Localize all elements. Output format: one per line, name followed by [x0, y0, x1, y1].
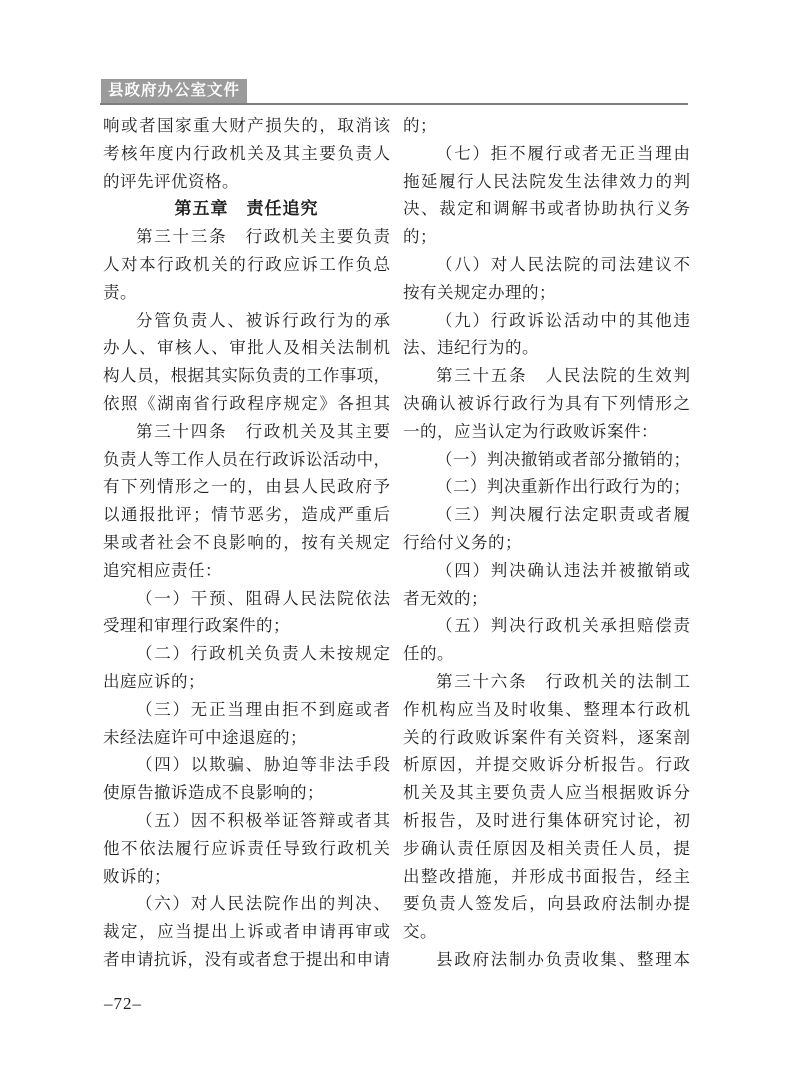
- text-line: 一的，应当认定为行政败诉案件：: [403, 418, 690, 446]
- text-line: 响或者国家重大财产损失的，取消该: [103, 112, 390, 140]
- text-line: 办人、审核人、审批人及相关法制机: [103, 334, 390, 362]
- text-line: （七）拒不履行或者无正当理由: [403, 140, 690, 168]
- text-line: 决、裁定和调解书或者协助执行义务: [403, 195, 690, 223]
- text-line: 未经法庭许可中途退庭的；: [103, 724, 390, 752]
- text-line: 关的行政败诉案件有关资料，逐案剖: [403, 724, 690, 752]
- text-line: 第三十三条 行政机关主要负责: [103, 223, 390, 251]
- chapter-heading: 第五章 责任追究: [103, 195, 390, 223]
- text-line: 任的。: [403, 640, 690, 668]
- text-line: 裁定，应当提出上诉或者申请再审或: [103, 918, 390, 946]
- text-line: 决确认被诉行政行为具有下列情形之: [403, 390, 690, 418]
- text-line: 者申请抗诉，没有或者怠于提出和申请: [103, 946, 390, 974]
- text-line: 析原因，并提交败诉分析报告。行政: [403, 751, 690, 779]
- text-line: 出庭应诉的；: [103, 668, 390, 696]
- header-badge: 县政府办公室文件: [101, 79, 247, 103]
- text-line: 行给付义务的；: [403, 529, 690, 557]
- text-line: 考核年度内行政机关及其主要负责人: [103, 140, 390, 168]
- text-line: （二）行政机关负责人未按规定: [103, 640, 390, 668]
- text-line: 责。: [103, 279, 390, 307]
- text-line: 负责人等工作人员在行政诉讼活动中，: [103, 446, 390, 474]
- text-line: 他不依法履行应诉责任导致行政机关: [103, 835, 390, 863]
- text-line: 按有关规定办理的；: [403, 279, 690, 307]
- left-column: 响或者国家重大财产损失的，取消该考核年度内行政机关及其主要负责人的评先评优资格。…: [103, 112, 390, 974]
- text-line: 追究相应责任：: [103, 557, 390, 585]
- text-line: 果或者社会不良影响的，按有关规定: [103, 529, 390, 557]
- text-line: （五）因不积极举证答辩或者其: [103, 807, 390, 835]
- text-line: （五）判决行政机关承担赔偿责: [403, 612, 690, 640]
- document-page: 县政府办公室文件 响或者国家重大财产损失的，取消该考核年度内行政机关及其主要负责…: [0, 0, 793, 1077]
- text-line: 的评先评优资格。: [103, 168, 390, 196]
- text-line: 法、违纪行为的。: [403, 334, 690, 362]
- text-line: 要负责人签发后，向县政府法制办提: [403, 890, 690, 918]
- text-line: （二）判决重新作出行政行为的；: [403, 473, 690, 501]
- text-line: 败诉的；: [103, 863, 390, 891]
- text-line: 者无效的；: [403, 585, 690, 613]
- text-line: （一）干预、阻碍人民法院依法: [103, 585, 390, 613]
- text-line: （一）判决撤销或者部分撤销的；: [403, 446, 690, 474]
- text-line: （四）判决确认违法并被撤销或: [403, 557, 690, 585]
- text-line: （六）对人民法院作出的判决、: [103, 890, 390, 918]
- text-line: 以通报批评；情节恶劣，造成严重后: [103, 501, 390, 529]
- text-line: 出整改措施，并形成书面报告，经主: [403, 863, 690, 891]
- header-rule: [100, 103, 688, 105]
- text-line: 拖延履行人民法院发生法律效力的判: [403, 168, 690, 196]
- text-line: 交。: [403, 918, 690, 946]
- text-line: 析报告，及时进行集体研究讨论，初: [403, 807, 690, 835]
- text-line: 受理和审理行政案件的；: [103, 612, 390, 640]
- text-line: 机关及其主要负责人应当根据败诉分: [403, 779, 690, 807]
- text-line: （九）行政诉讼活动中的其他违: [403, 307, 690, 335]
- text-line: （三）无正当理由拒不到庭或者: [103, 696, 390, 724]
- text-columns: 响或者国家重大财产损失的，取消该考核年度内行政机关及其主要负责人的评先评优资格。…: [103, 112, 690, 974]
- page-number: –72–: [104, 994, 142, 1014]
- text-line: 使原告撤诉造成不良影响的；: [103, 779, 390, 807]
- text-line: 第三十五条 人民法院的生效判: [403, 362, 690, 390]
- text-line: 的；: [403, 223, 690, 251]
- text-line: 第三十四条 行政机关及其主要: [103, 418, 390, 446]
- text-line: 构人员，根据其实际负责的工作事项，: [103, 362, 390, 390]
- text-line: 人对本行政机关的行政应诉工作负总: [103, 251, 390, 279]
- text-line: 分管负责人、被诉行政行为的承: [103, 307, 390, 335]
- text-line: 步确认责任原因及相关责任人员，提: [403, 835, 690, 863]
- text-line: 依照《湖南省行政程序规定》各担其责。: [103, 390, 390, 418]
- text-line: （八）对人民法院的司法建议不: [403, 251, 690, 279]
- text-line: （三）判决履行法定职责或者履: [403, 501, 690, 529]
- text-line: 县政府法制办负责收集、整理本: [403, 946, 690, 974]
- text-line: （四）以欺骗、胁迫等非法手段: [103, 751, 390, 779]
- right-column: 的；（七）拒不履行或者无正当理由拖延履行人民法院发生法律效力的判决、裁定和调解书…: [403, 112, 690, 974]
- text-line: 第三十六条 行政机关的法制工: [403, 668, 690, 696]
- text-line: 有下列情形之一的，由县人民政府予: [103, 473, 390, 501]
- text-line: 的；: [403, 112, 690, 140]
- text-line: 作机构应当及时收集、整理本行政机: [403, 696, 690, 724]
